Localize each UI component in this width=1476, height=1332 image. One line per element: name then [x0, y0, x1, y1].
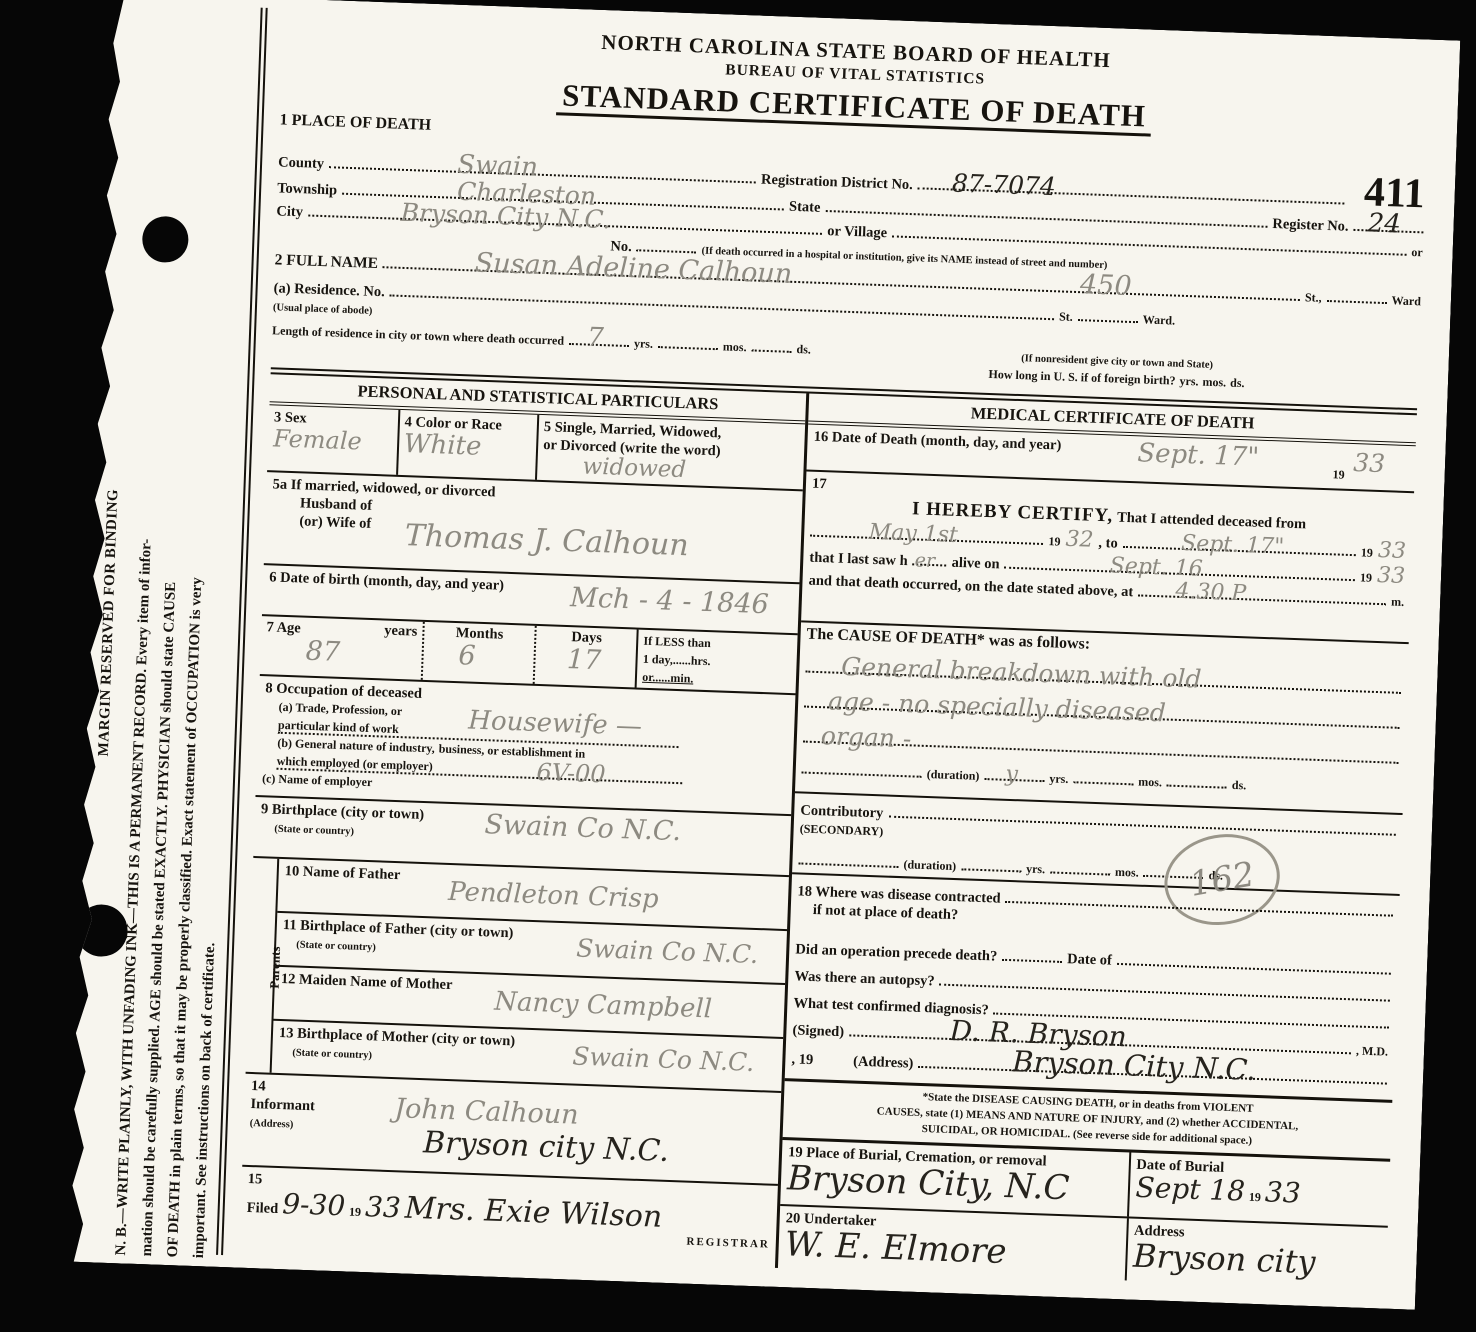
burial-place-cell: 19 Place of Burial, Cremation, or remova…	[780, 1140, 1129, 1216]
place-of-death-heading: 1 PLACE OF DEATH	[279, 111, 431, 134]
occupation-b-label-1: (b) General nature of industry,	[277, 736, 435, 756]
mother-name-label: 12 Maiden Name of Mother	[281, 971, 453, 993]
years-value: 87	[305, 636, 340, 668]
physician-address-label: (Address)	[853, 1054, 914, 1073]
length-residence-label: Length of residence in city or town wher…	[272, 323, 564, 348]
duration-yrs-label: yrs.	[1049, 771, 1069, 787]
contrib-duration-lead	[798, 849, 898, 868]
death-occurred-label: and that death occurred, on the date sta…	[808, 573, 1133, 602]
physician-address-value: Bryson City N.C.	[1012, 1047, 1257, 1085]
last-saw-h-line: er	[913, 550, 948, 566]
foreign-mos-label: mos.	[1202, 375, 1226, 390]
house-number-value: 450	[1080, 271, 1132, 300]
duration-label: (duration)	[926, 767, 979, 784]
birthplace-value: Swain Co N.C.	[484, 811, 681, 845]
occupation-label: 8 Occupation of deceased	[265, 680, 422, 702]
residence-st-label: St.	[1059, 309, 1073, 324]
sex-cell: 3 Sex Female	[267, 405, 398, 475]
attended-to-value: Sept. 17"	[1181, 533, 1285, 559]
duration-lead-line	[802, 759, 922, 778]
father-birthplace-note: (State or country)	[296, 940, 376, 954]
filed-number: 15	[247, 1171, 262, 1188]
register-no-value: 24	[1367, 210, 1401, 237]
death-time-value: 4.30 P	[1175, 581, 1247, 606]
filed-date-value: 9-30	[282, 1187, 346, 1222]
age-months-cell: Months 6	[421, 622, 536, 684]
mother-birthplace-label: 13 Birthplace of Mother (city or town)	[279, 1025, 516, 1049]
cause-value-1: General breakdown with old	[841, 654, 1202, 692]
length-ds-line	[751, 336, 792, 352]
age-label: 7 Age	[266, 619, 301, 636]
father-birthplace-value: Swain Co N.C.	[576, 936, 759, 967]
father-birthplace-label: 11 Birthplace of Father (city or town)	[283, 917, 514, 941]
form-columns: PERSONAL AND STATISTICAL PARTICULARS 3 S…	[239, 367, 1417, 1289]
abode-note: (Usual place of abode)	[273, 302, 373, 317]
attended-to-label: , to	[1098, 535, 1118, 553]
contrib-mos-label: mos.	[1115, 865, 1139, 881]
burial-date-cell: Date of Burial Sept 18 19 33	[1127, 1152, 1391, 1225]
less-than-label-2: 1 day,......hrs.	[643, 652, 711, 668]
informant-label: Informant	[250, 1096, 315, 1114]
age-days-cell: Days 17	[533, 626, 637, 688]
registration-district-line: 87-7074	[918, 174, 1346, 204]
attended-to-line: Sept. 17"	[1123, 533, 1357, 556]
spouse-value: Thomas J. Calhoun	[404, 521, 689, 561]
last-saw-h-value: er	[914, 551, 935, 571]
item-17-number: 17	[812, 476, 827, 493]
full-name-ward-label: Ward	[1391, 293, 1421, 309]
autopsy-label: Was there an autopsy?	[794, 968, 935, 990]
attended-from-year: 32	[1065, 529, 1094, 552]
date-of-death-value: Sept. 17"	[1137, 440, 1260, 470]
residence-label: (a) Residence. No.	[273, 280, 385, 300]
spouse-label-3: (or) Wife of	[299, 513, 371, 532]
medical-column: MEDICAL CERTIFICATE OF DEATH 16 Date of …	[778, 394, 1417, 1290]
duration-value: y	[1005, 764, 1018, 786]
marital-value: widowed	[582, 453, 687, 483]
state-label: State	[789, 199, 821, 217]
mother-birthplace-value: Swain Co N.C.	[572, 1043, 755, 1074]
duration-yrs-line: y	[984, 765, 1044, 782]
date-of-death-label: 16 Date of Death (month, day, and year)	[813, 429, 1061, 454]
county-label: County	[278, 154, 325, 173]
contrib-yrs-label: yrs.	[1026, 862, 1046, 878]
residence-ward-label: Ward.	[1142, 312, 1175, 328]
full-name-st-line	[1327, 287, 1387, 304]
full-name-label: 2 FULL NAME	[274, 251, 378, 273]
age-less-cell: If LESS than 1 day,......hrs. or......mi…	[635, 630, 798, 694]
age-years-cell: 7 Age years 87	[260, 616, 423, 680]
attended-to-19: 19	[1361, 545, 1374, 560]
attended-from-line: May 1st	[810, 522, 1044, 545]
certify-rest: That I attended deceased from	[1117, 510, 1306, 533]
undertaker-address-value: Bryson city	[1133, 1236, 1317, 1281]
contrib-yrs-line	[961, 855, 1021, 872]
informant-address-label: (Address)	[250, 1118, 294, 1131]
md-label: , M.D.	[1356, 1044, 1389, 1060]
length-residence-value: 7	[587, 325, 604, 352]
city-value: Bryson City N.C.	[400, 200, 611, 232]
foreign-yrs-label: yrs.	[1179, 374, 1198, 389]
length-yrs-label: yrs.	[634, 336, 654, 352]
mother-birthplace-note: (State or country)	[292, 1047, 372, 1061]
secondary-label: (SECONDARY)	[800, 821, 884, 838]
informant-number: 14	[251, 1078, 266, 1095]
or-label: or	[1411, 245, 1423, 260]
cause-line-3: organ -	[803, 728, 1399, 764]
occupation-c-label: (c) Name of employer	[262, 771, 373, 789]
burial-date-year: 33	[1264, 1175, 1301, 1209]
cause-value-2: age - no specially diseased	[828, 688, 1167, 725]
registration-district-label: Registration District No.	[761, 172, 913, 194]
sex-value: Female	[273, 424, 362, 455]
last-saw-label-2: alive on	[951, 555, 1000, 574]
parents-rows: 10 Name of Father Pendleton Crisp 11 Bir…	[272, 859, 789, 1091]
death-time-m-label: m.	[1391, 594, 1405, 609]
father-name-value: Pendleton Crisp	[448, 879, 659, 913]
occupation-row: 8 Occupation of deceased (a) Trade, Prof…	[255, 676, 795, 816]
attended-to-year: 33	[1378, 540, 1407, 563]
date-of-death-year: 33	[1353, 450, 1386, 476]
duration-ds-label: ds.	[1232, 778, 1247, 794]
contributory-label: Contributory	[800, 802, 884, 821]
register-no-label: Register No.	[1272, 216, 1349, 236]
cause-of-death-block: The CAUSE OF DEATH* was as follows: Gene…	[795, 622, 1409, 815]
filed-label: Filed	[246, 1200, 278, 1217]
occupation-a-label-1: (a) Trade, Profession, or	[278, 700, 402, 718]
operation-date-label: Date of	[1067, 951, 1112, 970]
village-label: or Village	[827, 223, 887, 242]
informant-address-value: Bryson city N.C.	[423, 1128, 670, 1167]
mother-name-value: Nancy Campbell	[494, 989, 713, 1023]
occupation-a-value: Housewife —	[468, 708, 642, 740]
dob-value: Mch - 4 - 1846	[570, 584, 769, 618]
months-value: 6	[458, 640, 476, 672]
township-label: Township	[277, 180, 338, 199]
register-no-line: 24	[1353, 216, 1423, 233]
cause-value-3: organ -	[821, 723, 912, 751]
certificate-form: NORTH CAROLINA STATE BOARD OF HEALTH BUR…	[216, 8, 1440, 1297]
birthplace-note: (State or country)	[274, 824, 354, 838]
years-label: years	[384, 622, 418, 640]
last-saw-year: 33	[1377, 565, 1406, 588]
operation-date-line	[1117, 950, 1392, 975]
length-mos-label: mos.	[723, 339, 747, 355]
residence-st-line	[1078, 306, 1138, 323]
dob-label: 6 Date of birth (month, day, and year)	[269, 569, 504, 593]
father-name-label: 10 Name of Father	[285, 863, 401, 883]
days-value: 17	[566, 644, 601, 676]
filed-19-label: 19	[349, 1205, 361, 1219]
signed-label: (Signed)	[792, 1022, 844, 1041]
duration-ds-line	[1167, 772, 1227, 789]
certify-block: 17 I HEREBY CERTIFY, That I attended dec…	[801, 471, 1414, 644]
occupation-b-label-2: business, or establishment in	[439, 742, 586, 761]
address-19-label: , 19	[791, 1051, 813, 1069]
full-name-st-label: St.,	[1305, 290, 1322, 306]
parents-group: Parents 10 Name of Father Pendleton Cris…	[246, 858, 789, 1093]
race-value: White	[403, 429, 482, 462]
operation-line	[1002, 946, 1062, 963]
last-saw-value: Sept. 16	[1109, 555, 1203, 580]
duration-mos-line	[1073, 768, 1133, 785]
length-ds-label: ds.	[796, 342, 811, 358]
undertaker-address-cell: Address Bryson city	[1124, 1218, 1387, 1289]
personal-column: PERSONAL AND STATISTICAL PARTICULARS 3 S…	[239, 374, 809, 1268]
spouse-label-2: Husband of	[300, 495, 373, 514]
birthplace-label: 9 Birthplace (city or town)	[261, 801, 425, 823]
contrib-mos-line	[1050, 858, 1110, 875]
undertaker-cell: 20 Undertaker W. E. Elmore	[778, 1206, 1126, 1280]
less-than-label-1: If LESS than	[643, 634, 711, 650]
attended-from-19: 19	[1048, 534, 1061, 549]
undertaker-value: W. E. Elmore	[784, 1224, 1007, 1272]
filed-year-value: 33	[365, 1190, 402, 1224]
burial-date-19: 19	[1249, 1190, 1261, 1204]
last-saw-label-1: that I last saw h	[809, 550, 908, 571]
disease-contracted-label-2: if not at place of death?	[813, 902, 959, 923]
race-cell: 4 Color or Race White	[396, 410, 538, 480]
occupation-b-value: 6V-00	[536, 760, 606, 786]
length-mos-line	[658, 333, 718, 350]
less-than-label-3: or......min.	[642, 670, 694, 686]
length-residence-line: 7	[569, 330, 629, 347]
burial-date-value: Sept 18	[1135, 1171, 1246, 1208]
contrib-duration-label: (duration)	[903, 857, 956, 874]
duration-mos-label: mos.	[1138, 775, 1162, 791]
informant-value: John Calhoun	[394, 1095, 579, 1129]
attended-from-value: May 1st	[868, 522, 958, 547]
registration-district-value: 87-7074	[952, 171, 1057, 200]
last-saw-19: 19	[1360, 570, 1373, 585]
months-label: Months	[429, 624, 530, 645]
foreign-ds-label: ds.	[1230, 376, 1245, 391]
city-label: City	[276, 203, 303, 221]
marital-cell: 5 Single, Married, Widowed, or Divorced …	[535, 415, 805, 490]
foreign-birth-label: How long in U. S. if of foreign birth?	[988, 367, 1176, 388]
date-of-death-19: 19	[1332, 467, 1345, 482]
certificate-sheet: MARGIN RESERVED FOR BINDING N. B.—WRITE …	[64, 0, 1461, 1310]
street-no-line	[637, 236, 697, 253]
